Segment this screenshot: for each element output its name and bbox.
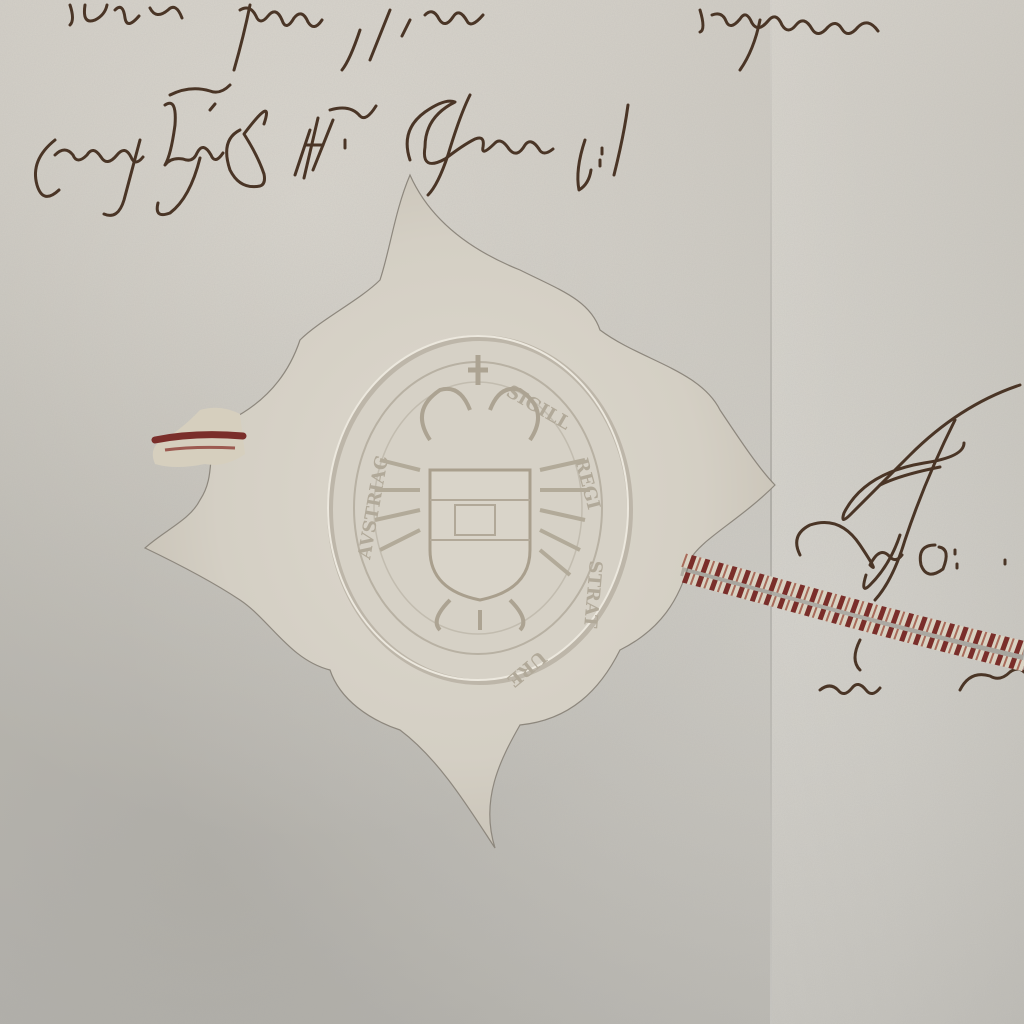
document-photo: REGI STRAT URE SIGILL AVSTRIAC [0, 0, 1024, 1024]
document-artwork: REGI STRAT URE SIGILL AVSTRIAC [0, 0, 1024, 1024]
